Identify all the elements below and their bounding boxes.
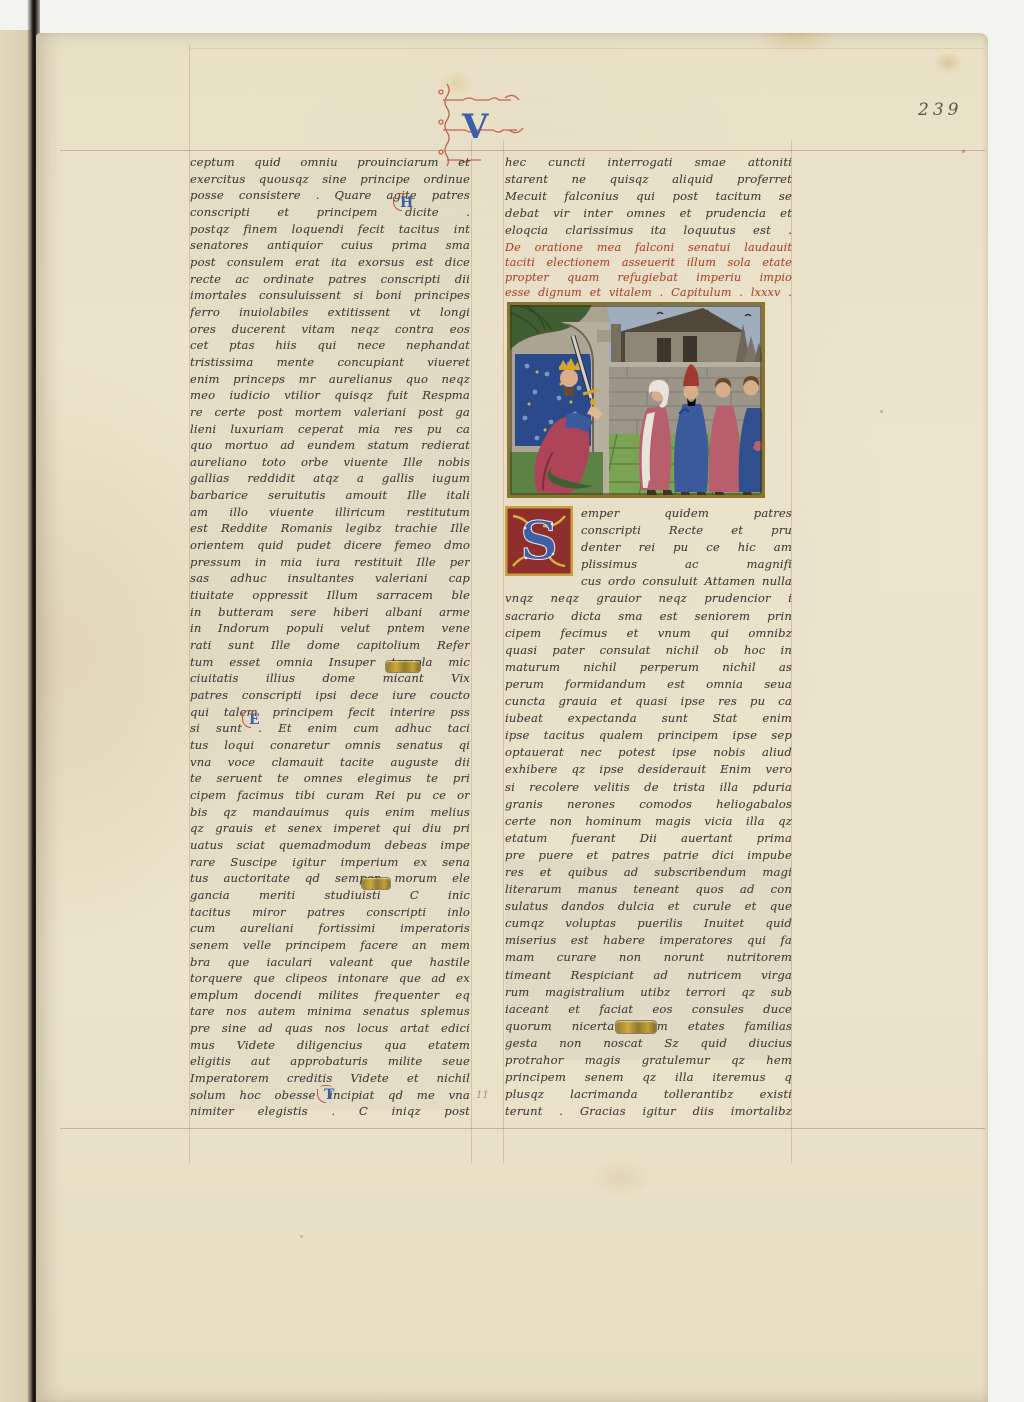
text-line: ferro inuiolabiles extitissent vt longi: [190, 304, 470, 321]
text-line: perum formidandum est omnia seua: [505, 676, 792, 693]
text-line: sulatus dandos dulcia et curule et que: [505, 898, 792, 915]
folio-number: 239: [918, 100, 962, 120]
underlying-folio-edge: [0, 30, 30, 1402]
gold-line-filler: [386, 661, 420, 672]
text-line: tiuitate oppressit Illum sarracem ble: [190, 587, 470, 604]
text-line: quo mortuo ad eundem statum redierat: [190, 437, 470, 454]
text-line: vna voce clamauit tacite auguste dii: [190, 754, 470, 771]
text-line: patres conscripti ipsi dece iure coucto: [190, 687, 470, 704]
text-line: protrahor magis gratulemur qz hem: [505, 1052, 792, 1069]
text-line: eligitis aut approbaturis milite seue: [190, 1053, 470, 1070]
ruling-line: [471, 140, 472, 1164]
text-line: torquere que clipeos intonare que ad ex: [190, 970, 470, 987]
text-line: miserius est habere imperatores qui fa: [505, 932, 792, 949]
text-line: pre puere et patres patrie dici impube: [505, 847, 792, 864]
text-line: pre sine ad quas nos locus artat edici: [190, 1020, 470, 1037]
parchment-speck: [300, 1235, 303, 1238]
text-line: emplum docendi milites frequenter eq: [190, 987, 470, 1004]
text-line: gesta non noscat Sz quid diucius: [505, 1035, 792, 1052]
paragraph-mark: T: [324, 1088, 334, 1102]
text-line: te seruent te omnes elegimus te pri: [190, 770, 470, 787]
right-text-column-top: hec cuncti interrogati smae attonitistar…: [505, 154, 792, 239]
left-text-column: ceptum quid omniu prouinciarum etexercit…: [190, 154, 470, 1120]
miniature-painting: [507, 302, 765, 498]
text-line: tum esset omnia Insuper templa mic: [190, 654, 470, 671]
text-line: exhibere qz ipse desiderauit Enim vero: [505, 761, 792, 778]
emperor-and-senators-scene: [507, 302, 765, 498]
text-line: mam curare non norunt nutritorem: [505, 949, 792, 966]
text-line: etatum fuerant Dii auertant prima: [505, 830, 792, 847]
text-line: cum aureliani fortissimi imperatoris: [190, 920, 470, 937]
text-line: posse consistere . Quare agite patres: [190, 187, 470, 204]
text-line: rati sunt Ille dome capitolium Refer: [190, 637, 470, 654]
text-line: tus auctoritate qd semper morum ele: [190, 870, 470, 887]
text-line: orientem quid pudet dicere femeo dmo: [190, 537, 470, 554]
text-line: terunt . Gracias igitur diis imortalibz: [505, 1103, 792, 1120]
text-line: rare Suscipe igitur imperium ex sena: [190, 854, 470, 871]
text-line: senem velle principem facere an mem: [190, 937, 470, 954]
text-line: enim princeps mr aurelianus quo neqz: [190, 371, 470, 388]
text-line: uatus sciat quemadmodum debeas impe: [190, 837, 470, 854]
text-line: tacitus miror patres conscripti inlo: [190, 904, 470, 921]
text-line: postqz finem loquendi fecit tacitus int: [190, 221, 470, 238]
text-line: barbarice seruitutis amouit Ille itali: [190, 487, 470, 504]
text-line: senatores antiquior cuius prima sma: [190, 237, 470, 254]
text-line: imortales consuluissent si boni principe…: [190, 287, 470, 304]
text-line: re certe post mortem valeriani post ga: [190, 404, 470, 421]
text-line: hec cuncti interrogati smae attoniti: [505, 154, 792, 171]
text-line: gancia meriti studiuisti C inic: [190, 887, 470, 904]
text-line: maturum nichil perperum nichil as: [505, 659, 792, 676]
text-line: nimiter elegistis . C iniqz post: [190, 1103, 470, 1120]
text-line: res et quibus ad subscribendum magi: [505, 864, 792, 881]
text-line: iaceant et faciat eos consules duce: [505, 1001, 792, 1018]
text-line: cipem fecimus et vnum qui omnibz: [505, 625, 792, 642]
text-line: tristissima mente concupiant viueret: [190, 354, 470, 371]
text-line: si sunt . Et enim cum adhuc taci: [190, 720, 470, 737]
text-line: plissimus ac magnifi: [581, 556, 792, 573]
text-line: ipse tacitus qualem principem ipse sep: [505, 727, 792, 744]
text-line: timeant Respiciant ad nutricem virga: [505, 967, 792, 984]
text-line: bis qz mandauimus quis enim melius: [190, 804, 470, 821]
text-line: certe non hominum magis vicia illa qz: [505, 813, 792, 830]
text-line: mus Videte diligencius qua etatem: [190, 1037, 470, 1054]
text-line: tare nos autem minima senatus splemus: [190, 1003, 470, 1020]
text-line: est Reddite Romanis legibz trachie Ille: [190, 520, 470, 537]
text-line: ores ducerent vitam neqz contra eos: [190, 321, 470, 338]
text-line: recte ac ordinate patres conscripti dii: [190, 271, 470, 288]
manuscript-page-photo: 239 11 V ceptum quid omniu prouinciarum …: [0, 0, 1024, 1402]
ruling-line: [190, 48, 985, 49]
text-line: post consulem erat ita exorsus est dice: [190, 254, 470, 271]
text-line: debat vir inter omnes et prudencia et: [505, 205, 792, 222]
text-line: aureliano toto orbe viuente Ille nobis: [190, 454, 470, 471]
text-line: qz grauis et senex imperet qui diu pri: [190, 820, 470, 837]
gold-line-filler: [616, 1021, 656, 1033]
text-line: rum magistralium utibz terrori qz sub: [505, 984, 792, 1001]
text-line: tus loqui conaretur omnis senatus qi: [190, 737, 470, 754]
rubric-line: esse dignum et vitalem . Capitulum . lxx…: [505, 285, 792, 300]
paragraph-mark: H: [400, 196, 413, 210]
text-line: exercitus quousqz sine principe ordinue: [190, 171, 470, 188]
paragraph-mark: E: [249, 713, 260, 727]
chapter-rubric: De oratione mea falconi senatui laudauit…: [505, 240, 792, 300]
text-line: optauerat nec potest ipse nobis aliud: [505, 744, 792, 761]
drop-cap-letter: S: [520, 511, 558, 572]
text-line: granis nerones comodos heliogabalos: [505, 796, 792, 813]
text-line: emper quidem patres: [581, 505, 792, 522]
parchment-speck: [962, 150, 965, 153]
text-line: cipem facimus tibi curam Rei pu ce or: [190, 787, 470, 804]
ruling-line: [503, 140, 504, 1164]
text-line: bra que iaculari valeant que hastile: [190, 954, 470, 971]
text-line: gallias reddidit atqz a gallis iugum: [190, 470, 470, 487]
text-line: ciuitatis illius dome micant Vix: [190, 670, 470, 687]
text-line: sacrario dicta sma est seniorem prin: [505, 608, 792, 625]
text-line: meo iudicio vtilior quisqz fuit Respma: [190, 387, 470, 404]
header-letter: V: [461, 107, 489, 147]
text-line: starent ne quisqz aliquid proferret: [505, 171, 792, 188]
text-line: lieni luxuriam ceperat mia res pu ca: [190, 421, 470, 438]
rubric-line: De oratione mea falconi senatui laudauit: [505, 240, 792, 255]
quire-mark: 11: [476, 1090, 489, 1101]
rubric-line: propter quam refugiebat imperiu impio: [505, 270, 792, 285]
parchment-speck: [880, 410, 883, 413]
text-line: literarum manus teneant quos ad con: [505, 881, 792, 898]
text-line: cumqz voluptas puerilis Inuitet quid: [505, 915, 792, 932]
text-line: cuncta grauia et quasi ipse res pu ca: [505, 693, 792, 710]
illuminated-initial-s: S: [505, 506, 573, 576]
illuminated-initial: S: [505, 506, 573, 576]
ruling-line: [60, 1128, 985, 1129]
text-line: iubeat expectanda sunt Stat enim: [505, 710, 792, 727]
text-line: ceptum quid omniu prouinciarum et: [190, 154, 470, 171]
text-line: cet ptas hiis qui nece nephandat: [190, 337, 470, 354]
text-line: cus ordo consuluit Attamen nulla: [581, 573, 792, 590]
text-line: Mecuit falconius qui post tacitum se: [505, 188, 792, 205]
text-line: vnqz neqz grauior neqz prudencior i: [505, 590, 792, 607]
text-line: conscripti Recte et pru: [581, 522, 792, 539]
text-line: si recolere velitis de trista illa pduri…: [505, 779, 792, 796]
text-line: pressum in mia iura restituit Ille per: [190, 554, 470, 571]
text-line: plusqz lacrimanda tollerantibz existi: [505, 1086, 792, 1103]
text-line: in Indorum populi velut pntem vene: [190, 620, 470, 637]
text-line: quasi pater consulat nichil ob hoc in: [505, 642, 792, 659]
rubric-line: taciti electionem asseuerit illum sola e…: [505, 255, 792, 270]
text-line: am illo viuente illiricum restitutum: [190, 504, 470, 521]
text-line: principem senem qz illa iteremus q: [505, 1069, 792, 1086]
text-line: Imperatorem creditis Videte et nichil: [190, 1070, 470, 1087]
text-line: denter rei pu ce hic am: [581, 539, 792, 556]
gold-line-filler: [362, 878, 390, 889]
text-line: qui talem principem fecit interire pss: [190, 704, 470, 721]
text-line: in butteram sere hiberi albani arme: [190, 604, 470, 621]
text-line: sas adhuc insultantes valeriani cap: [190, 570, 470, 587]
text-line: conscripti et principem dicite .: [190, 204, 470, 221]
text-line: eloqcia clarissimus ita loquutus est .: [505, 222, 792, 239]
